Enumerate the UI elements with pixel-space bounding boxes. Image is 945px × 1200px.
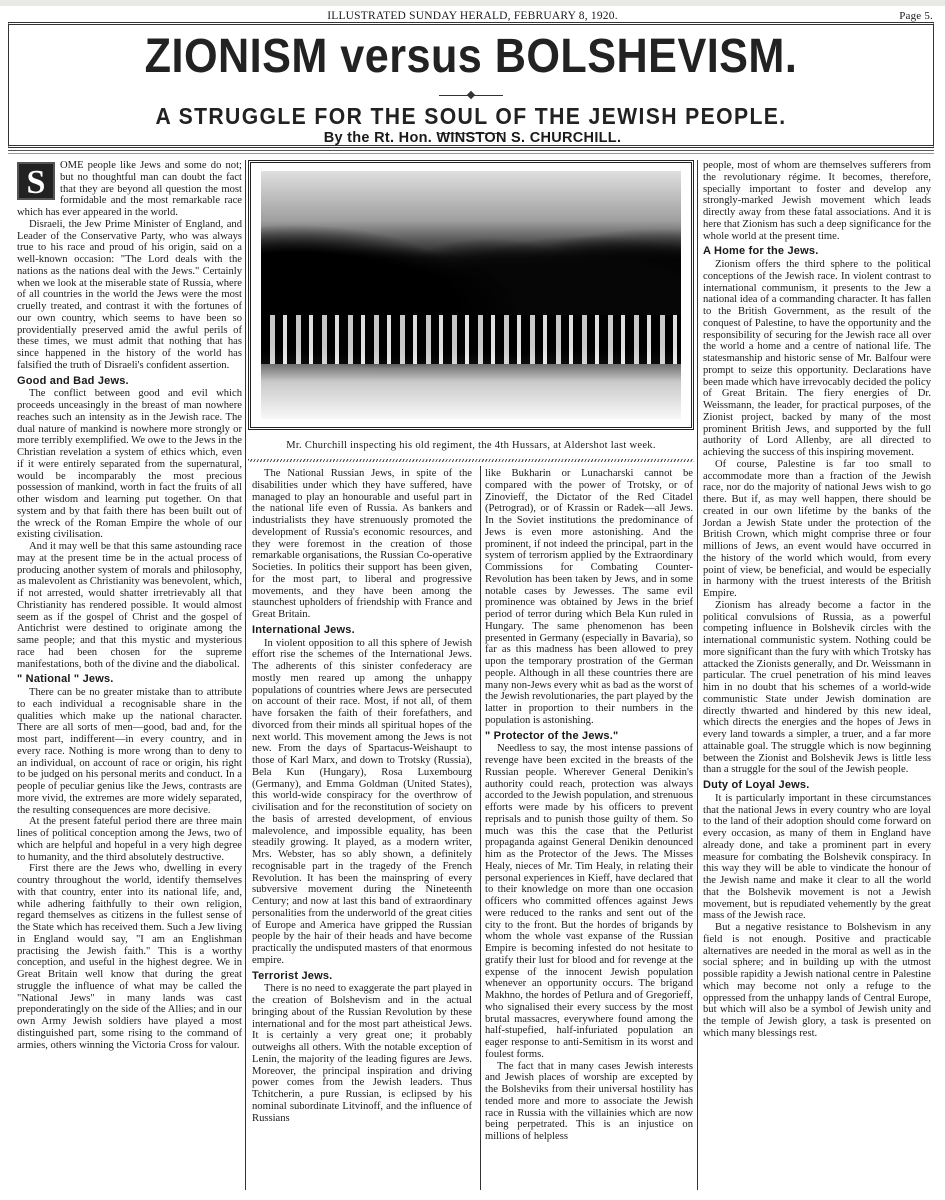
byline-rule <box>8 150 934 154</box>
section-heading-duty-of-loyal-jews: Duty of Loyal Jews. <box>703 780 931 792</box>
dropcap-s-icon: S <box>17 162 55 200</box>
section-heading-good-and-bad-jews: Good and Bad Jews. <box>17 376 242 388</box>
scan-top-margin <box>0 0 945 6</box>
subheadline: A STRUGGLE FOR THE SOUL OF THE JEWISH PE… <box>46 105 896 128</box>
headline: ZIONISM versus BOLSHEVISM. <box>55 33 887 81</box>
paragraph: Of course, Palestine is far too small to… <box>703 459 931 600</box>
column-2: The National Russian Jews, in spite of t… <box>252 468 472 1124</box>
paragraph: There is no need to exaggerate the part … <box>252 983 472 1124</box>
photo-caption: Mr. Churchill inspecting his old regimen… <box>248 440 694 451</box>
section-heading-protector-of-the-jews: " Protector of the Jews." <box>485 731 693 743</box>
caption-rule <box>248 459 694 462</box>
paragraph: And it may well be that this same astoun… <box>17 541 242 670</box>
section-heading-national-jews: " National " Jews. <box>17 674 242 686</box>
paragraph: The fact that in many cases Jewish inter… <box>485 1061 693 1143</box>
section-heading-a-home-for-the-jews: A Home for the Jews. <box>703 246 931 258</box>
byline: By the Rt. Hon. WINSTON S. CHURCHILL. <box>0 130 945 146</box>
paragraph: First there are the Jews who, dwelling i… <box>17 863 242 1051</box>
paragraph: people, most of whom are themselves suff… <box>703 160 931 242</box>
paragraph: There can be no greater mistake than to … <box>17 687 242 816</box>
page-number: Page 5. <box>899 10 933 22</box>
column-rule <box>480 466 481 1190</box>
paragraph: Zionism offers the third sphere to the p… <box>703 259 931 459</box>
column-1: SOME people like Jews and some do not; b… <box>17 160 242 1051</box>
paragraph: The National Russian Jews, in spite of t… <box>252 468 472 621</box>
section-heading-international-jews: International Jews. <box>252 625 472 637</box>
paragraph: It is particularly important in these ci… <box>703 793 931 922</box>
paragraph: Needless to say, the most intense passio… <box>485 743 693 1060</box>
photo-frame <box>248 160 694 430</box>
paragraph: But a negative resistance to Bolshevism … <box>703 922 931 1040</box>
paragraph: Disraeli, the Jew Prime Minister of Engl… <box>17 219 242 372</box>
newspaper-date-line: ILLUSTRATED SUNDAY HERALD, FEBRUARY 8, 1… <box>0 10 945 22</box>
paragraph: Zionism has already become a factor in t… <box>703 600 931 776</box>
column-rule <box>697 160 698 1190</box>
photo-horses <box>261 315 681 365</box>
paragraph: At the present fateful period there are … <box>17 816 242 863</box>
column-rule <box>245 160 246 1190</box>
opening-paragraph: SOME people like Jews and some do not; b… <box>17 160 242 219</box>
paragraph: The conflict between good and evil which… <box>17 388 242 541</box>
ornament-divider <box>439 95 503 96</box>
photo-churchill-hussars <box>261 171 681 419</box>
paragraph: In violent opposition to all this sphere… <box>252 638 472 967</box>
section-heading-terrorist-jews: Terrorist Jews. <box>252 971 472 983</box>
column-3: like Bukharin or Lunacharski cannot be c… <box>485 468 693 1143</box>
paragraph: like Bukharin or Lunacharski cannot be c… <box>485 468 693 727</box>
column-4: people, most of whom are themselves suff… <box>703 160 931 1040</box>
